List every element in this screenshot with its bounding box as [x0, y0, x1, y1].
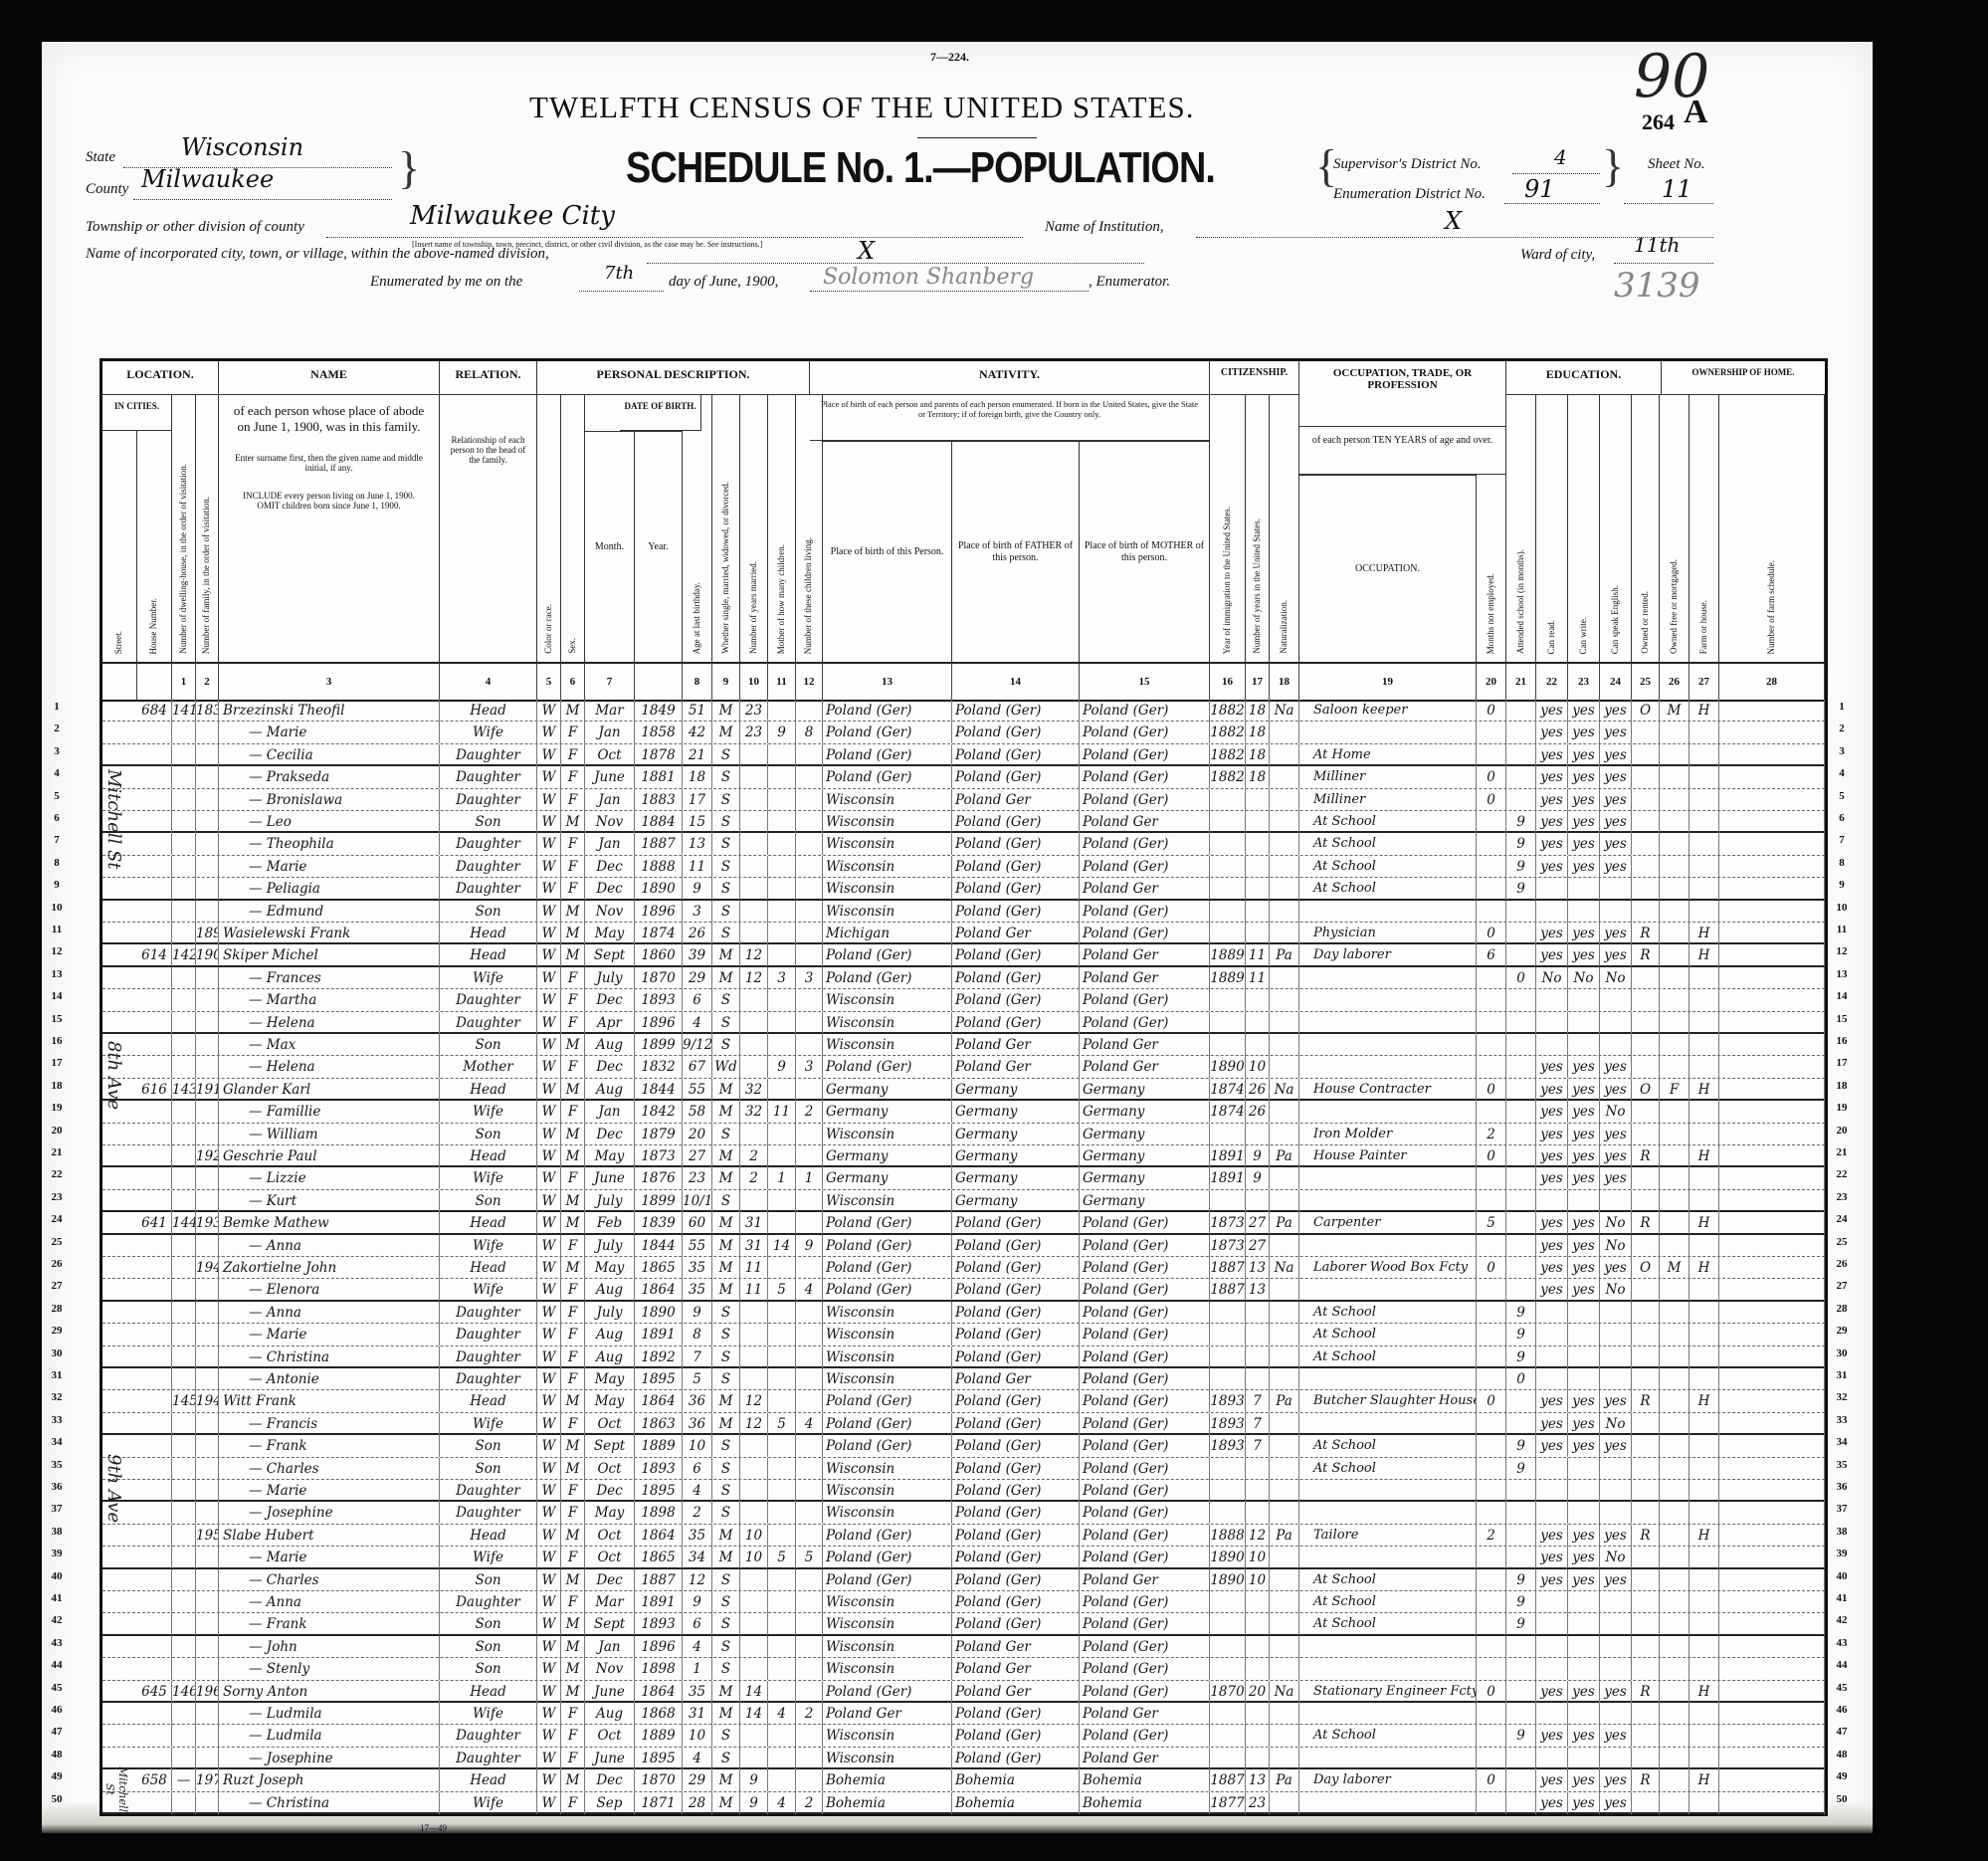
cell-family [196, 1591, 219, 1613]
table-row: 194Zakortielne JohnHeadWMMay186535M11Pol… [102, 1257, 1825, 1279]
table-row: 145194Witt FrankHeadWMMay186436M12Poland… [102, 1390, 1825, 1412]
cell-rel: Head [440, 1145, 537, 1167]
cell-mort [1660, 1302, 1690, 1324]
cell-farm-no [1719, 1167, 1825, 1189]
cell-name: — Martha [219, 989, 440, 1011]
cell-dwelling [172, 989, 196, 1011]
table-row: 614142190Skiper MichelHeadWMSept186039M1… [102, 944, 1825, 966]
cell-occupation [1299, 1792, 1477, 1814]
cell-name: — Charles [219, 1458, 440, 1480]
cell-own [1632, 1101, 1660, 1123]
cell-nat [1270, 789, 1299, 811]
cell-pob-father: Poland (Ger) [952, 1502, 1080, 1524]
cell-read [1536, 1190, 1568, 1212]
cell-immig [1210, 1502, 1246, 1524]
cell-farm-no [1719, 1079, 1825, 1101]
cell-own [1632, 1302, 1660, 1324]
cell-pob-father: Poland Ger [952, 1368, 1080, 1390]
cell-english: yes [1600, 856, 1632, 878]
line-number: 49 [1831, 1770, 1853, 1782]
cell-yrs-married: 12 [740, 967, 768, 989]
cell-pob-mother: Germany [1080, 1145, 1210, 1167]
cell-year: 1896 [635, 901, 683, 923]
cell-pob: Wisconsin [823, 1658, 952, 1680]
cell-occupation [1299, 1034, 1477, 1056]
cell-sex: M [561, 901, 585, 923]
cell-pob-father: Poland (Ger) [952, 722, 1080, 743]
cell-marital: M [712, 1769, 740, 1791]
cell-month: May [585, 1502, 635, 1524]
cell-school: 9 [1506, 1569, 1536, 1591]
township-line [326, 237, 1023, 238]
cell-pob: Poland (Ger) [823, 700, 952, 722]
cell-yrs-married [740, 1613, 768, 1635]
cell-pob-father: Poland Ger [952, 1056, 1080, 1078]
cell-english [1600, 1458, 1632, 1480]
cell-nat: Na [1270, 1681, 1299, 1703]
cell-month: June [585, 766, 635, 788]
cell-year: 1899 [635, 1190, 683, 1212]
cell-year: 1899 [635, 1034, 683, 1056]
cell-yrs-married [740, 1346, 768, 1368]
cell-nat [1270, 1792, 1299, 1814]
cell-english: yes [1600, 722, 1632, 743]
cell-english: yes [1600, 1056, 1632, 1078]
cell-yrs-married [740, 1569, 768, 1591]
cell-own [1632, 1324, 1660, 1345]
cell-month: Dec [585, 1769, 635, 1791]
cell-house [137, 1012, 172, 1034]
cell-immig [1210, 1324, 1246, 1345]
cell-marital: S [712, 744, 740, 766]
cell-unemp: 0 [1477, 1681, 1506, 1703]
cell-house [137, 1613, 172, 1635]
cell-english [1600, 878, 1632, 900]
cell-dwelling [172, 1190, 196, 1212]
column-header-dwelling: Number of dwelling-house, in the order o… [172, 395, 196, 662]
cell-living [796, 856, 823, 878]
cell-occupation: House Painter [1299, 1145, 1477, 1167]
cell-house [137, 722, 172, 743]
cell-nat: Pa [1270, 1525, 1299, 1547]
cell-year: 1864 [635, 1681, 683, 1703]
cell-yrs-married [740, 1034, 768, 1056]
cell-dwelling [172, 923, 196, 944]
line-number: 50 [46, 1793, 68, 1805]
cell-sex: F [561, 789, 585, 811]
cell-immig: 1888 [1210, 1525, 1246, 1547]
cell-yrs-us [1246, 901, 1270, 923]
cell-color: W [537, 1212, 561, 1234]
cell-farm: H [1690, 1681, 1719, 1703]
cell-sex: M [561, 923, 585, 944]
table-row: — LudmilaWifeWFAug186831M1442Poland GerP… [102, 1703, 1825, 1725]
column-number: 27 [1690, 664, 1719, 700]
cell-read: yes [1536, 856, 1568, 878]
cell-color: W [537, 1435, 561, 1457]
table-row: — JosephineDaughterWFJune18954SWisconsin… [102, 1748, 1825, 1769]
cell-unemp [1477, 1302, 1506, 1324]
cell-pob: Poland (Ger) [823, 1525, 952, 1547]
cell-rel: Wife [440, 722, 537, 743]
cell-pob-mother: Poland Ger [1080, 1569, 1210, 1591]
cell-write: yes [1568, 1792, 1600, 1814]
cell-pob: Wisconsin [823, 833, 952, 855]
cell-english: No [1600, 967, 1632, 989]
cell-own [1632, 1167, 1660, 1189]
cell-english: yes [1600, 1257, 1632, 1279]
cell-yrs-married [740, 1056, 768, 1078]
cell-immig: 1890 [1210, 1056, 1246, 1078]
cell-pob: Poland Ger [823, 1703, 952, 1725]
cell-yrs-us [1246, 989, 1270, 1011]
cell-age: 5 [683, 1368, 712, 1390]
cell-school [1506, 1502, 1536, 1524]
cell-unemp [1477, 1324, 1506, 1345]
line-number: 1 [46, 701, 68, 713]
cell-school: 9 [1506, 1302, 1536, 1324]
cell-sex: M [561, 1124, 585, 1145]
cell-marital: S [712, 1613, 740, 1635]
cell-school: 9 [1506, 1458, 1536, 1480]
column-number: 19 [1299, 664, 1477, 700]
cell-sex: F [561, 1012, 585, 1034]
cell-age: 35 [683, 1279, 712, 1301]
column-number: 28 [1719, 664, 1825, 700]
cell-nat [1270, 1480, 1299, 1502]
cell-nat [1270, 1636, 1299, 1658]
cell-age: 21 [683, 744, 712, 766]
cell-read [1536, 1324, 1568, 1345]
line-number: 43 [1831, 1637, 1853, 1649]
cell-english: No [1600, 1279, 1632, 1301]
table-row: — FrancisWifeWFOct186336M1254Poland (Ger… [102, 1413, 1825, 1435]
cell-farm-no [1719, 1725, 1825, 1747]
column-number: 17 [1246, 664, 1270, 700]
cell-read [1536, 1613, 1568, 1635]
cell-pob: Wisconsin [823, 1636, 952, 1658]
cell-color: W [537, 789, 561, 811]
table-row: — AnnaDaughterWFJuly18909SWisconsinPolan… [102, 1302, 1825, 1324]
cell-yrs-us: 7 [1246, 1413, 1270, 1435]
table-row: — JosephineDaughterWFMay18982SWisconsinP… [102, 1502, 1825, 1524]
cell-mort [1660, 1235, 1690, 1257]
cell-name: Geschrie Paul [219, 1145, 440, 1167]
cell-english: yes [1600, 766, 1632, 788]
cell-own [1632, 1413, 1660, 1435]
cell-month: Sept [585, 1435, 635, 1457]
cell-unemp: 0 [1477, 789, 1506, 811]
cell-yrs-married [740, 1502, 768, 1524]
cell-write [1568, 989, 1600, 1011]
cell-pob-father: Poland (Ger) [952, 1413, 1080, 1435]
cell-nat: Na [1270, 1079, 1299, 1101]
cell-own [1632, 1346, 1660, 1368]
cell-pob-father: Poland (Ger) [952, 1012, 1080, 1034]
cell-english: yes [1600, 1390, 1632, 1412]
cell-pob-father: Poland (Ger) [952, 1346, 1080, 1368]
cell-family [196, 1056, 219, 1078]
cell-family: 194 [196, 1390, 219, 1412]
cell-english: yes [1600, 1792, 1632, 1814]
cell-immig: 1873 [1210, 1212, 1246, 1234]
cell-nat [1270, 1324, 1299, 1345]
cell-family [196, 1101, 219, 1123]
cell-house [137, 989, 172, 1011]
cell-name: — Christina [219, 1792, 440, 1814]
cell-sex: F [561, 1324, 585, 1345]
cell-age: 13 [683, 833, 712, 855]
cell-dwelling [172, 722, 196, 743]
cell-yrs-married [740, 989, 768, 1011]
cell-english: yes [1600, 1569, 1632, 1591]
column-header-label: Age at last birthday. [692, 582, 701, 654]
cell-living [796, 944, 823, 966]
cell-occupation: At School [1299, 1613, 1477, 1635]
table-row: — HelenaDaughterWFApr18964SWisconsinPola… [102, 1012, 1825, 1034]
cell-color: W [537, 1257, 561, 1279]
cell-mother-of [768, 1748, 796, 1769]
column-header-marital: Whether single, married, widowed, or div… [712, 395, 740, 662]
cell-school [1506, 1769, 1536, 1791]
cell-month: Oct [585, 1725, 635, 1747]
cell-nat [1270, 1591, 1299, 1613]
cell-immig [1210, 901, 1246, 923]
cell-house [137, 1257, 172, 1279]
cell-mort [1660, 1012, 1690, 1034]
cell-marital: S [712, 923, 740, 944]
table-row: — MaxSonWMAug18999/12SWisconsinPoland Ge… [102, 1034, 1825, 1056]
cell-unemp [1477, 1569, 1506, 1591]
cell-marital: M [712, 1101, 740, 1123]
cell-yrs-married [740, 878, 768, 900]
cell-sex: F [561, 766, 585, 788]
cell-yrs-us [1246, 1324, 1270, 1345]
line-number: 10 [46, 902, 68, 914]
cell-mort [1660, 967, 1690, 989]
cell-read: yes [1536, 944, 1568, 966]
cell-write: yes [1568, 1569, 1600, 1591]
cell-write: yes [1568, 1525, 1600, 1547]
cell-yrs-married: 12 [740, 1390, 768, 1412]
cell-unemp [1477, 722, 1506, 743]
cell-farm-no [1719, 1279, 1825, 1301]
cell-marital: S [712, 878, 740, 900]
table-row: — FrancesWifeWFJuly187029M1233Poland (Ge… [102, 967, 1825, 989]
cell-mother-of: 14 [768, 1235, 796, 1257]
section-personal-description: PERSONAL DESCRIPTION. [537, 361, 810, 395]
cell-farm [1690, 1636, 1719, 1658]
cell-pob: Wisconsin [823, 1034, 952, 1056]
cell-mother-of [768, 1324, 796, 1345]
cell-color: W [537, 1167, 561, 1189]
cell-family [196, 1034, 219, 1056]
cell-write: yes [1568, 811, 1600, 833]
cell-month: Dec [585, 856, 635, 878]
line-number: 22 [46, 1168, 68, 1180]
cell-pob-father: Poland (Ger) [952, 901, 1080, 923]
cell-mother-of [768, 1591, 796, 1613]
line-number: 17 [1831, 1057, 1853, 1069]
table-row: — JohnSonWMJan18964SWisconsinPoland GerP… [102, 1636, 1825, 1658]
cell-year: 1870 [635, 1769, 683, 1791]
cell-color: W [537, 967, 561, 989]
cell-occupation [1299, 1502, 1477, 1524]
cell-farm-no [1719, 923, 1825, 944]
cell-yrs-married: 9 [740, 1792, 768, 1814]
cell-write: yes [1568, 1435, 1600, 1457]
line-number: 40 [46, 1570, 68, 1582]
cell-year: 1888 [635, 856, 683, 878]
cell-year: 1884 [635, 811, 683, 833]
column-header-year: Year. [635, 431, 683, 662]
cell-marital: Wd [712, 1056, 740, 1078]
cell-occupation: At School [1299, 1591, 1477, 1613]
cell-name: — Frank [219, 1613, 440, 1635]
cell-yrs-us: 10 [1246, 1547, 1270, 1568]
cell-dwelling [172, 878, 196, 900]
cell-rel: Son [440, 811, 537, 833]
cell-color: W [537, 1613, 561, 1635]
cell-farm [1690, 1480, 1719, 1502]
cell-farm: H [1690, 1212, 1719, 1234]
line-number: 32 [1831, 1391, 1853, 1403]
cell-immig [1210, 1346, 1246, 1368]
cell-rel: Daughter [440, 1324, 537, 1345]
cell-immig [1210, 1703, 1246, 1725]
line-number: 33 [46, 1414, 68, 1426]
cell-sex: F [561, 1056, 585, 1078]
cell-pob-mother: Poland (Ger) [1080, 789, 1210, 811]
column-number: 8 [683, 664, 712, 700]
cell-marital: M [712, 722, 740, 743]
cell-farm [1690, 1413, 1719, 1435]
line-number: 7 [46, 834, 68, 846]
cell-own [1632, 1480, 1660, 1502]
cell-own: R [1632, 1681, 1660, 1703]
cell-farm-no [1719, 766, 1825, 788]
cell-year: 1890 [635, 1302, 683, 1324]
cell-pob: Poland (Ger) [823, 1235, 952, 1257]
supervisor-label: Supervisor's District No. [1333, 156, 1482, 173]
cell-nat [1270, 1502, 1299, 1524]
cell-house [137, 1569, 172, 1591]
cell-own [1632, 833, 1660, 855]
cell-yrs-married [740, 1636, 768, 1658]
cell-pob-father: Poland (Ger) [952, 1279, 1080, 1301]
cell-pob-father: Bohemia [952, 1769, 1080, 1791]
cell-dwelling: — [172, 1769, 196, 1791]
cell-read: yes [1536, 833, 1568, 855]
cell-living [796, 1502, 823, 1524]
cell-year: 1889 [635, 1435, 683, 1457]
cell-occupation [1299, 1012, 1477, 1034]
cell-write [1568, 1458, 1600, 1480]
column-divider [536, 361, 537, 662]
cell-house [137, 923, 172, 944]
cell-age: 8 [683, 1324, 712, 1345]
cell-own [1632, 856, 1660, 878]
cell-house: 684 [137, 700, 172, 722]
cell-color: W [537, 1346, 561, 1368]
cell-age: 29 [683, 967, 712, 989]
cell-own [1632, 1435, 1660, 1457]
cell-rel: Daughter [440, 878, 537, 900]
cell-family: 197 [196, 1769, 219, 1791]
line-number: 3 [1831, 745, 1853, 757]
cell-read: yes [1536, 700, 1568, 722]
cell-month: May [585, 1257, 635, 1279]
sheet-label: Sheet No. [1648, 156, 1705, 173]
cell-english: No [1600, 1101, 1632, 1123]
line-number: 16 [46, 1035, 68, 1047]
cell-immig: 1882 [1210, 766, 1246, 788]
cell-pob-mother: Poland Ger [1080, 967, 1210, 989]
line-number: 20 [1831, 1125, 1853, 1137]
cell-color: W [537, 1547, 561, 1568]
cell-sex: M [561, 1658, 585, 1680]
cell-month: Jan [585, 833, 635, 855]
cell-english: No [1600, 1547, 1632, 1568]
cell-family: 192 [196, 1145, 219, 1167]
column-header-sex: Sex. [561, 395, 585, 662]
cell-family [196, 1324, 219, 1345]
cell-pob: Germany [823, 1145, 952, 1167]
cell-yrs-us: 11 [1246, 967, 1270, 989]
table-row: — FamillieWifeWFJan184258M32112GermanyGe… [102, 1101, 1825, 1123]
table-row: — AnnaWifeWFJuly184455M31149Poland (Ger)… [102, 1235, 1825, 1257]
cell-farm-no [1719, 1636, 1825, 1658]
cell-month: Oct [585, 1525, 635, 1547]
cell-color: W [537, 722, 561, 743]
section-location: LOCATION. [102, 361, 219, 395]
table-row: — BronislawaDaughterWFJan188317SWisconsi… [102, 789, 1825, 811]
cell-unemp: 0 [1477, 1769, 1506, 1791]
cell-year: 1895 [635, 1368, 683, 1390]
cell-house [137, 1145, 172, 1167]
cell-english [1600, 1346, 1632, 1368]
cell-color: W [537, 1302, 561, 1324]
cell-yrs-us: 27 [1246, 1235, 1270, 1257]
cell-family [196, 833, 219, 855]
cell-sex: M [561, 1145, 585, 1167]
cell-write: yes [1568, 1056, 1600, 1078]
cell-mother-of: 1 [768, 1167, 796, 1189]
cell-color: W [537, 878, 561, 900]
cell-pob-mother: Bohemia [1080, 1769, 1210, 1791]
cell-house [137, 878, 172, 900]
line-number: 42 [46, 1614, 68, 1626]
cell-color: W [537, 1569, 561, 1591]
name-instr-1: Enter surname first, then the given name… [233, 453, 425, 473]
name-instr-2: INCLUDE every person living on June 1, 1… [233, 491, 425, 511]
cell-year: 1893 [635, 1458, 683, 1480]
cell-marital: S [712, 766, 740, 788]
cell-age: 18 [683, 766, 712, 788]
cell-write: yes [1568, 1167, 1600, 1189]
cell-occupation: At School [1299, 1346, 1477, 1368]
cell-living [796, 1613, 823, 1635]
cell-farm [1690, 1435, 1719, 1457]
column-number [137, 664, 172, 700]
city-label: Name of incorporated city, town, or vill… [86, 246, 549, 263]
cell-age: 58 [683, 1101, 712, 1123]
cell-nat [1270, 1302, 1299, 1324]
cell-yrs-us [1246, 789, 1270, 811]
cell-rel: Daughter [440, 1302, 537, 1324]
cell-mort: M [1660, 700, 1690, 722]
cell-nat: Na [1270, 1257, 1299, 1279]
